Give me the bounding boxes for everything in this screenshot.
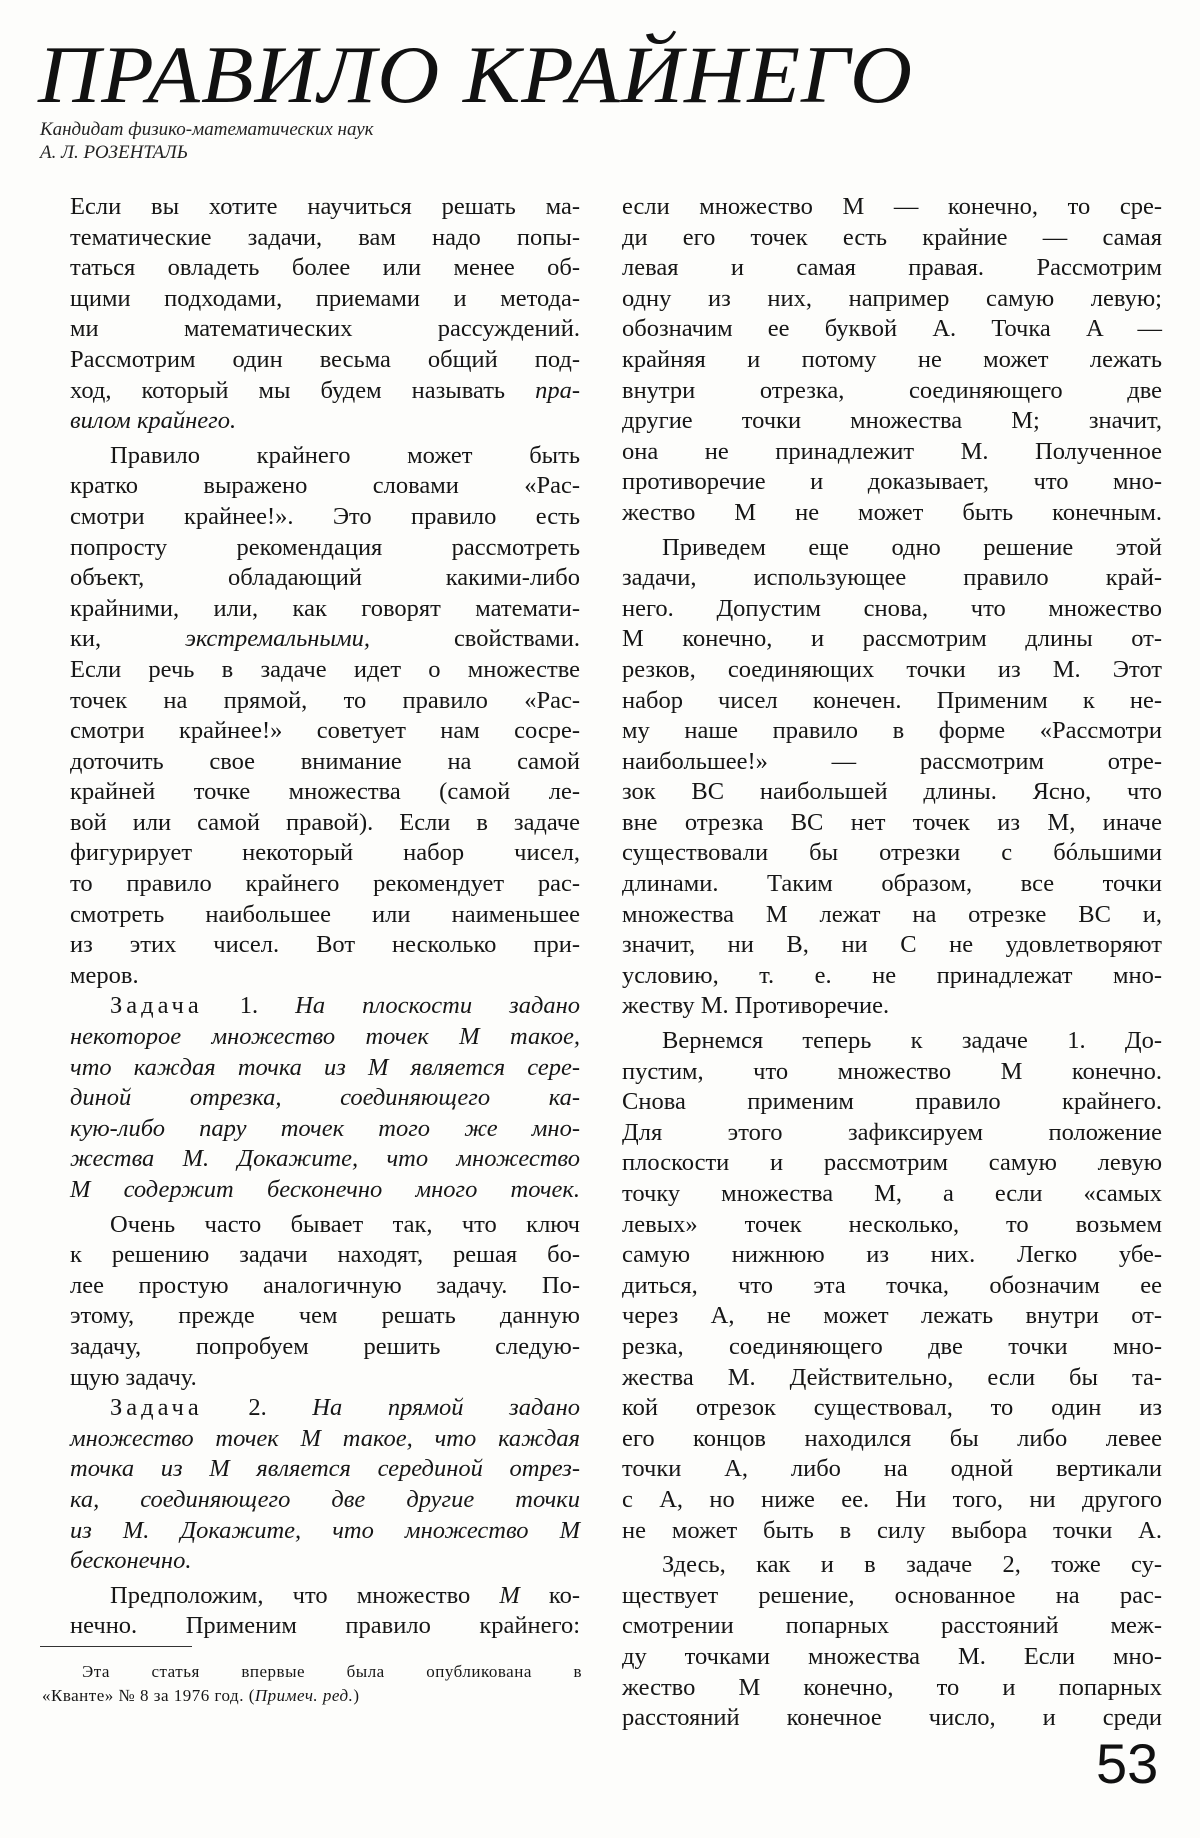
text-line: самую нижнюю из них. Легко убе-: [622, 1240, 1162, 1271]
text-line: тематические задачи, вам надо попы-: [70, 223, 580, 254]
text-line: M содержит бесконечно много точек.: [70, 1175, 580, 1206]
text-line: щими подходами, приемами и метода-: [70, 284, 580, 315]
page-number: 53: [1096, 1736, 1158, 1792]
text-line: с A, но ниже ее. Ни того, ни другого: [622, 1485, 1162, 1516]
text-line: смотри крайнее!». Это правило есть: [70, 502, 580, 533]
task-text: На плоскости задано: [295, 992, 580, 1019]
italic-term: экстремальными,: [185, 625, 370, 652]
text-line: задачу, попробуем решить следую-: [70, 1332, 580, 1363]
text-line: смотреть наибольшее или наименьшее: [70, 900, 580, 931]
text-line: точку множества M, а если «самых: [622, 1179, 1162, 1210]
text-fragment: ход, который мы будем называть: [70, 377, 535, 404]
text-line: длинами. Таким образом, все точки: [622, 869, 1162, 900]
task-number: 2.: [248, 1394, 266, 1421]
text-line: щую задачу.: [70, 1363, 580, 1394]
paragraph-suppose: Предположим, что множество M ко- нечно. …: [70, 1581, 580, 1642]
text-line: Если речь в задаче идет о множестве: [70, 655, 580, 686]
text-line: смотри крайнее!» советует нам сосре-: [70, 716, 580, 747]
text-line: M конечно, и рассмотрим длины от-: [622, 624, 1162, 655]
text-fragment: Предположим, что множество: [110, 1582, 499, 1609]
paragraph-intro: Если вы хотите научиться решать ма- тема…: [70, 192, 580, 437]
text-line: кой отрезок существовал, то один из: [622, 1393, 1162, 1424]
text-line: Предположим, что множество M ко-: [70, 1581, 580, 1612]
math-variable: M: [499, 1582, 519, 1609]
text-line: значит, ни B, ни C не удовлетворяют: [622, 930, 1162, 961]
text-line: крайняя и потому не может лежать: [622, 345, 1162, 376]
text-line: резков, соединяющих точки из M. Этот: [622, 655, 1162, 686]
paragraph-solution-1: если множество M — конечно, то сре- ди е…: [622, 192, 1162, 529]
text-line: Если вы хотите научиться решать ма-: [70, 192, 580, 223]
text-line: таться овладеть более или менее об-: [70, 253, 580, 284]
text-line: Здесь, как и в задаче 2, тоже су-: [622, 1550, 1162, 1581]
text-line: плоскости и рассмотрим самую левую: [622, 1148, 1162, 1179]
text-line: нечно. Применим правило крайнего:: [70, 1611, 580, 1642]
text-line: множество точек M такое, что каждая: [70, 1424, 580, 1455]
text-line: жество M конечно, то и попарных: [622, 1673, 1162, 1704]
paragraph-rule: Правило крайнего может быть кратко выраж…: [70, 441, 580, 992]
text-line: ди его точек есть крайние — самая: [622, 223, 1162, 254]
text-line: левых» точек несколько, то возьмем: [622, 1210, 1162, 1241]
author-degree: Кандидат физико-математических наук: [40, 118, 374, 141]
text-line: набор чисел конечен. Применим к не-: [622, 686, 1162, 717]
text-line: крайними, или, как говорят математи-: [70, 594, 580, 625]
text-line: она не принадлежит M. Полученное: [622, 437, 1162, 468]
text-fragment: свойствами.: [454, 625, 580, 652]
left-column: Если вы хотите научиться решать ма- тема…: [70, 192, 580, 1642]
text-fragment: ко-: [520, 1582, 580, 1609]
paragraph-return-task-1: Вернемся теперь к задаче 1. До- пустим, …: [622, 1026, 1162, 1546]
text-line: что каждая точка из M является сере-: [70, 1053, 580, 1084]
text-line: диной отрезка, соединяющего ка-: [70, 1083, 580, 1114]
text-line: к решению задачи находят, решая бо-: [70, 1240, 580, 1271]
text-line: него. Допустим снова, что множество: [622, 594, 1162, 625]
text-line: то правило крайнего рекомендует рас-: [70, 869, 580, 900]
text-line: Задача 2. На прямой задано: [70, 1393, 580, 1424]
text-line: из этих чисел. Вот несколько при-: [70, 930, 580, 961]
text-line: задачи, использующее правило край-: [622, 563, 1162, 594]
text-line: бесконечно.: [70, 1546, 580, 1577]
text-line: лее простую аналогичную задачу. По-: [70, 1271, 580, 1302]
text-line: смотрении попарных расстояний меж-: [622, 1611, 1162, 1642]
footnote-divider: [40, 1646, 192, 1647]
text-line: через A, не может лежать внутри от-: [622, 1301, 1162, 1332]
text-line: множества M лежат на отрезке BC и,: [622, 900, 1162, 931]
text-line: диться, что эта точка, обозначим ее: [622, 1271, 1162, 1302]
text-line: жество M не может быть конечным.: [622, 498, 1162, 529]
text-fragment: ): [353, 1686, 359, 1705]
text-line: зок BC наибольшей длины. Ясно, что: [622, 777, 1162, 808]
text-fragment: ки,: [70, 625, 101, 652]
text-line: его концов находился бы либо левее: [622, 1424, 1162, 1455]
text-line: ми математических рассуждений.: [70, 314, 580, 345]
text-line: жества M. Докажите, что множество: [70, 1144, 580, 1175]
task-text: На прямой задано: [312, 1394, 580, 1421]
text-line: Рассмотрим один весьма общий под-: [70, 345, 580, 376]
text-line: внутри отрезка, соединяющего две: [622, 376, 1162, 407]
text-line: Очень часто бывает так, что ключ: [70, 1210, 580, 1241]
paragraph-pairwise: Здесь, как и в задаче 2, тоже су- ществу…: [622, 1550, 1162, 1734]
text-line: ход, который мы будем называть пра-: [70, 376, 580, 407]
text-line: некоторое множество точек M такое,: [70, 1022, 580, 1053]
author-name: А. Л. РОЗЕНТАЛЬ: [40, 141, 374, 164]
text-line: точек на прямой, то правило «Рас-: [70, 686, 580, 717]
paragraph-solution-2: Приведем еще одно решение этой задачи, и…: [622, 533, 1162, 1023]
text-line: му наше правило в форме «Рассмотри: [622, 716, 1162, 747]
text-line: резка, соединяющего две точки мно-: [622, 1332, 1162, 1363]
text-line: Задача 1. На плоскости задано: [70, 991, 580, 1022]
article-title: ПРАВИЛО КРАЙНЕГО: [38, 34, 913, 116]
text-line: существовали бы отрезки с бóльшими: [622, 838, 1162, 869]
text-fragment: «Кванте» № 8 за 1976 год. (: [42, 1686, 255, 1705]
text-line: обозначим ее буквой A. Точка A —: [622, 314, 1162, 345]
task-2: Задача 2. На прямой задано множество точ…: [70, 1393, 580, 1577]
right-column: если множество M — конечно, то сре- ди е…: [622, 192, 1162, 1734]
text-line: ки, экстремальными, свойствами.: [70, 624, 580, 655]
text-line: попросту рекомендация рассмотреть: [70, 533, 580, 564]
text-line: вне отрезка BC нет точек из M, иначе: [622, 808, 1162, 839]
text-line: Правило крайнего может быть: [70, 441, 580, 472]
text-line: не может быть в силу выбора точки A.: [622, 1516, 1162, 1547]
text-line: точка из M является серединой отрез-: [70, 1454, 580, 1485]
footnote-line: Эта статья впервые была опубликована в: [42, 1660, 582, 1684]
text-line: левая и самая правая. Рассмотрим: [622, 253, 1162, 284]
text-line: противоречие и доказывает, что мно-: [622, 467, 1162, 498]
text-line: Вернемся теперь к задаче 1. До-: [622, 1026, 1162, 1057]
text-line: ду точками множества M. Если мно-: [622, 1642, 1162, 1673]
text-line: вилом крайнего.: [70, 406, 580, 437]
task-number: 1.: [240, 992, 258, 1019]
footnote-line: «Кванте» № 8 за 1976 год. (Примеч. ред.): [42, 1684, 582, 1708]
text-line: фигурирует некоторый набор чисел,: [70, 838, 580, 869]
task-1: Задача 1. На плоскости задано некоторое …: [70, 991, 580, 1205]
text-line: другие точки множества M; значит,: [622, 406, 1162, 437]
text-line: объект, обладающий какими-либо: [70, 563, 580, 594]
text-line: доточить свое внимание на самой: [70, 747, 580, 778]
text-line: жества M. Действительно, если бы та-: [622, 1363, 1162, 1394]
text-line: одну из них, например самую левую;: [622, 284, 1162, 315]
text-line: ка, соединяющего две другие точки: [70, 1485, 580, 1516]
text-line: этому, прежде чем решать данную: [70, 1301, 580, 1332]
task-label: Задача: [110, 992, 203, 1019]
text-line: Для этого зафиксируем положение: [622, 1118, 1162, 1149]
text-line: жеству M. Противоречие.: [622, 991, 1162, 1022]
task-label: Задача: [110, 1394, 203, 1421]
text-line: Приведем еще одно решение этой: [622, 533, 1162, 564]
text-line: крайней точке множества (самой ле-: [70, 777, 580, 808]
text-line: если множество M — конечно, то сре-: [622, 192, 1162, 223]
text-line: условию, т. е. не принадлежат мно-: [622, 961, 1162, 992]
text-line: из M. Докажите, что множество M: [70, 1516, 580, 1547]
text-line: пустим, что множество M конечно.: [622, 1057, 1162, 1088]
editor-note: Примеч. ред.: [255, 1686, 354, 1705]
text-line: кую-либо пару точек того же мно-: [70, 1114, 580, 1145]
byline: Кандидат физико-математических наук А. Л…: [40, 118, 374, 164]
text-line: меров.: [70, 961, 580, 992]
text-line: расстояний конечное число, и среди: [622, 1703, 1162, 1734]
text-line: ществует решение, основанное на рас-: [622, 1581, 1162, 1612]
text-line: Снова применим правило крайнего.: [622, 1087, 1162, 1118]
text-line: наибольшее!» — рассмотрим отре-: [622, 747, 1162, 778]
text-line: вой или самой правой). Если в задаче: [70, 808, 580, 839]
italic-term: пра-: [535, 377, 580, 404]
paragraph-simpler: Очень часто бывает так, что ключ к решен…: [70, 1210, 580, 1394]
footnote: Эта статья впервые была опубликована в «…: [42, 1660, 582, 1708]
text-line: кратко выражено словами «Рас-: [70, 471, 580, 502]
text-line: точки A, либо на одной вертикали: [622, 1454, 1162, 1485]
